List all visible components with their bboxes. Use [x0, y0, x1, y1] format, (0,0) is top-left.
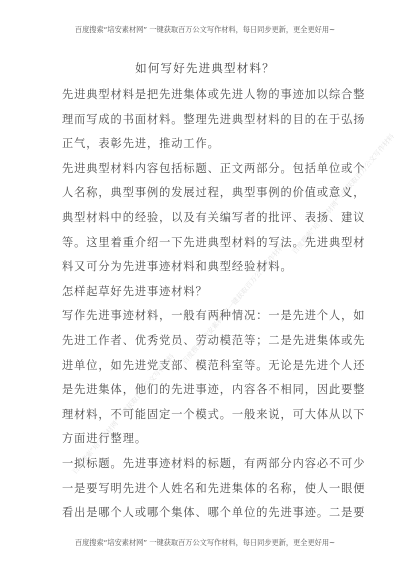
- body-line: 先进典型材料是把先进集体或先进人物的事迹加以综合整: [62, 86, 348, 111]
- body-line: 一是要写明先进个人姓名和先进集体的名称，使人一眼便: [62, 480, 348, 505]
- body-line: 一拟标题。先进事迹材料的标题，有两部分内容必不可少: [62, 455, 348, 480]
- document-title: 如何写好先进典型材料？: [0, 60, 410, 76]
- body-line: 先进工作者、优秀党员、劳动模范等；二是先进集体或先: [62, 332, 348, 357]
- body-line: 看出是哪个人或哪个集体、哪个单位的先进事迹。二是要: [62, 504, 348, 529]
- body-line: 正气，表彰先进，推动工作。: [62, 135, 348, 160]
- body-line: 先进典型材料内容包括标题、正文两部分。包括单位或个: [62, 160, 348, 185]
- body-line: 理而写成的书面材料。整理先进典型材料的目的在于弘扬: [62, 111, 348, 136]
- body-line: 人名称，典型事例的发展过程，典型事例的价值或意义，: [62, 184, 348, 209]
- body-line: 等。这里着重介绍一下先进典型材料的写法。先进典型材: [62, 234, 348, 259]
- body-line: 方面进行整理。: [62, 430, 348, 455]
- body-line: 典型材料中的经验，以及有关编写者的批评、表扬、建议: [62, 209, 348, 234]
- body-line: 料又可分为先进事迹材料和典型经验材料。: [62, 258, 348, 283]
- body-line: 理材料，不可能固定一个模式。一般来说，可大体从以下: [62, 406, 348, 431]
- body-line: 写作先进事迹材料，一般有两种情况：一是先进个人，如: [62, 307, 348, 332]
- document-body: 先进典型材料是把先进集体或先进人物的事迹加以综合整 理而写成的书面材料。整理先进…: [62, 86, 348, 529]
- body-line: 怎样起草好先进事迹材料？: [62, 283, 348, 308]
- footer-banner: 百度搜索“培安素材网” 一键获取百万公文写作材料，每日同步更新，更全更好用~: [0, 538, 410, 548]
- body-line: 是先进集体，他们的先进事迹，内容各不相同，因此要整: [62, 381, 348, 406]
- header-banner: 百度搜索“培安素材网” 一键获取百万公文写作材料，每日同步更新，更全更好用~: [0, 25, 410, 35]
- body-line: 进单位，如先进党支部、模范科室等。无论是先进个人还: [62, 357, 348, 382]
